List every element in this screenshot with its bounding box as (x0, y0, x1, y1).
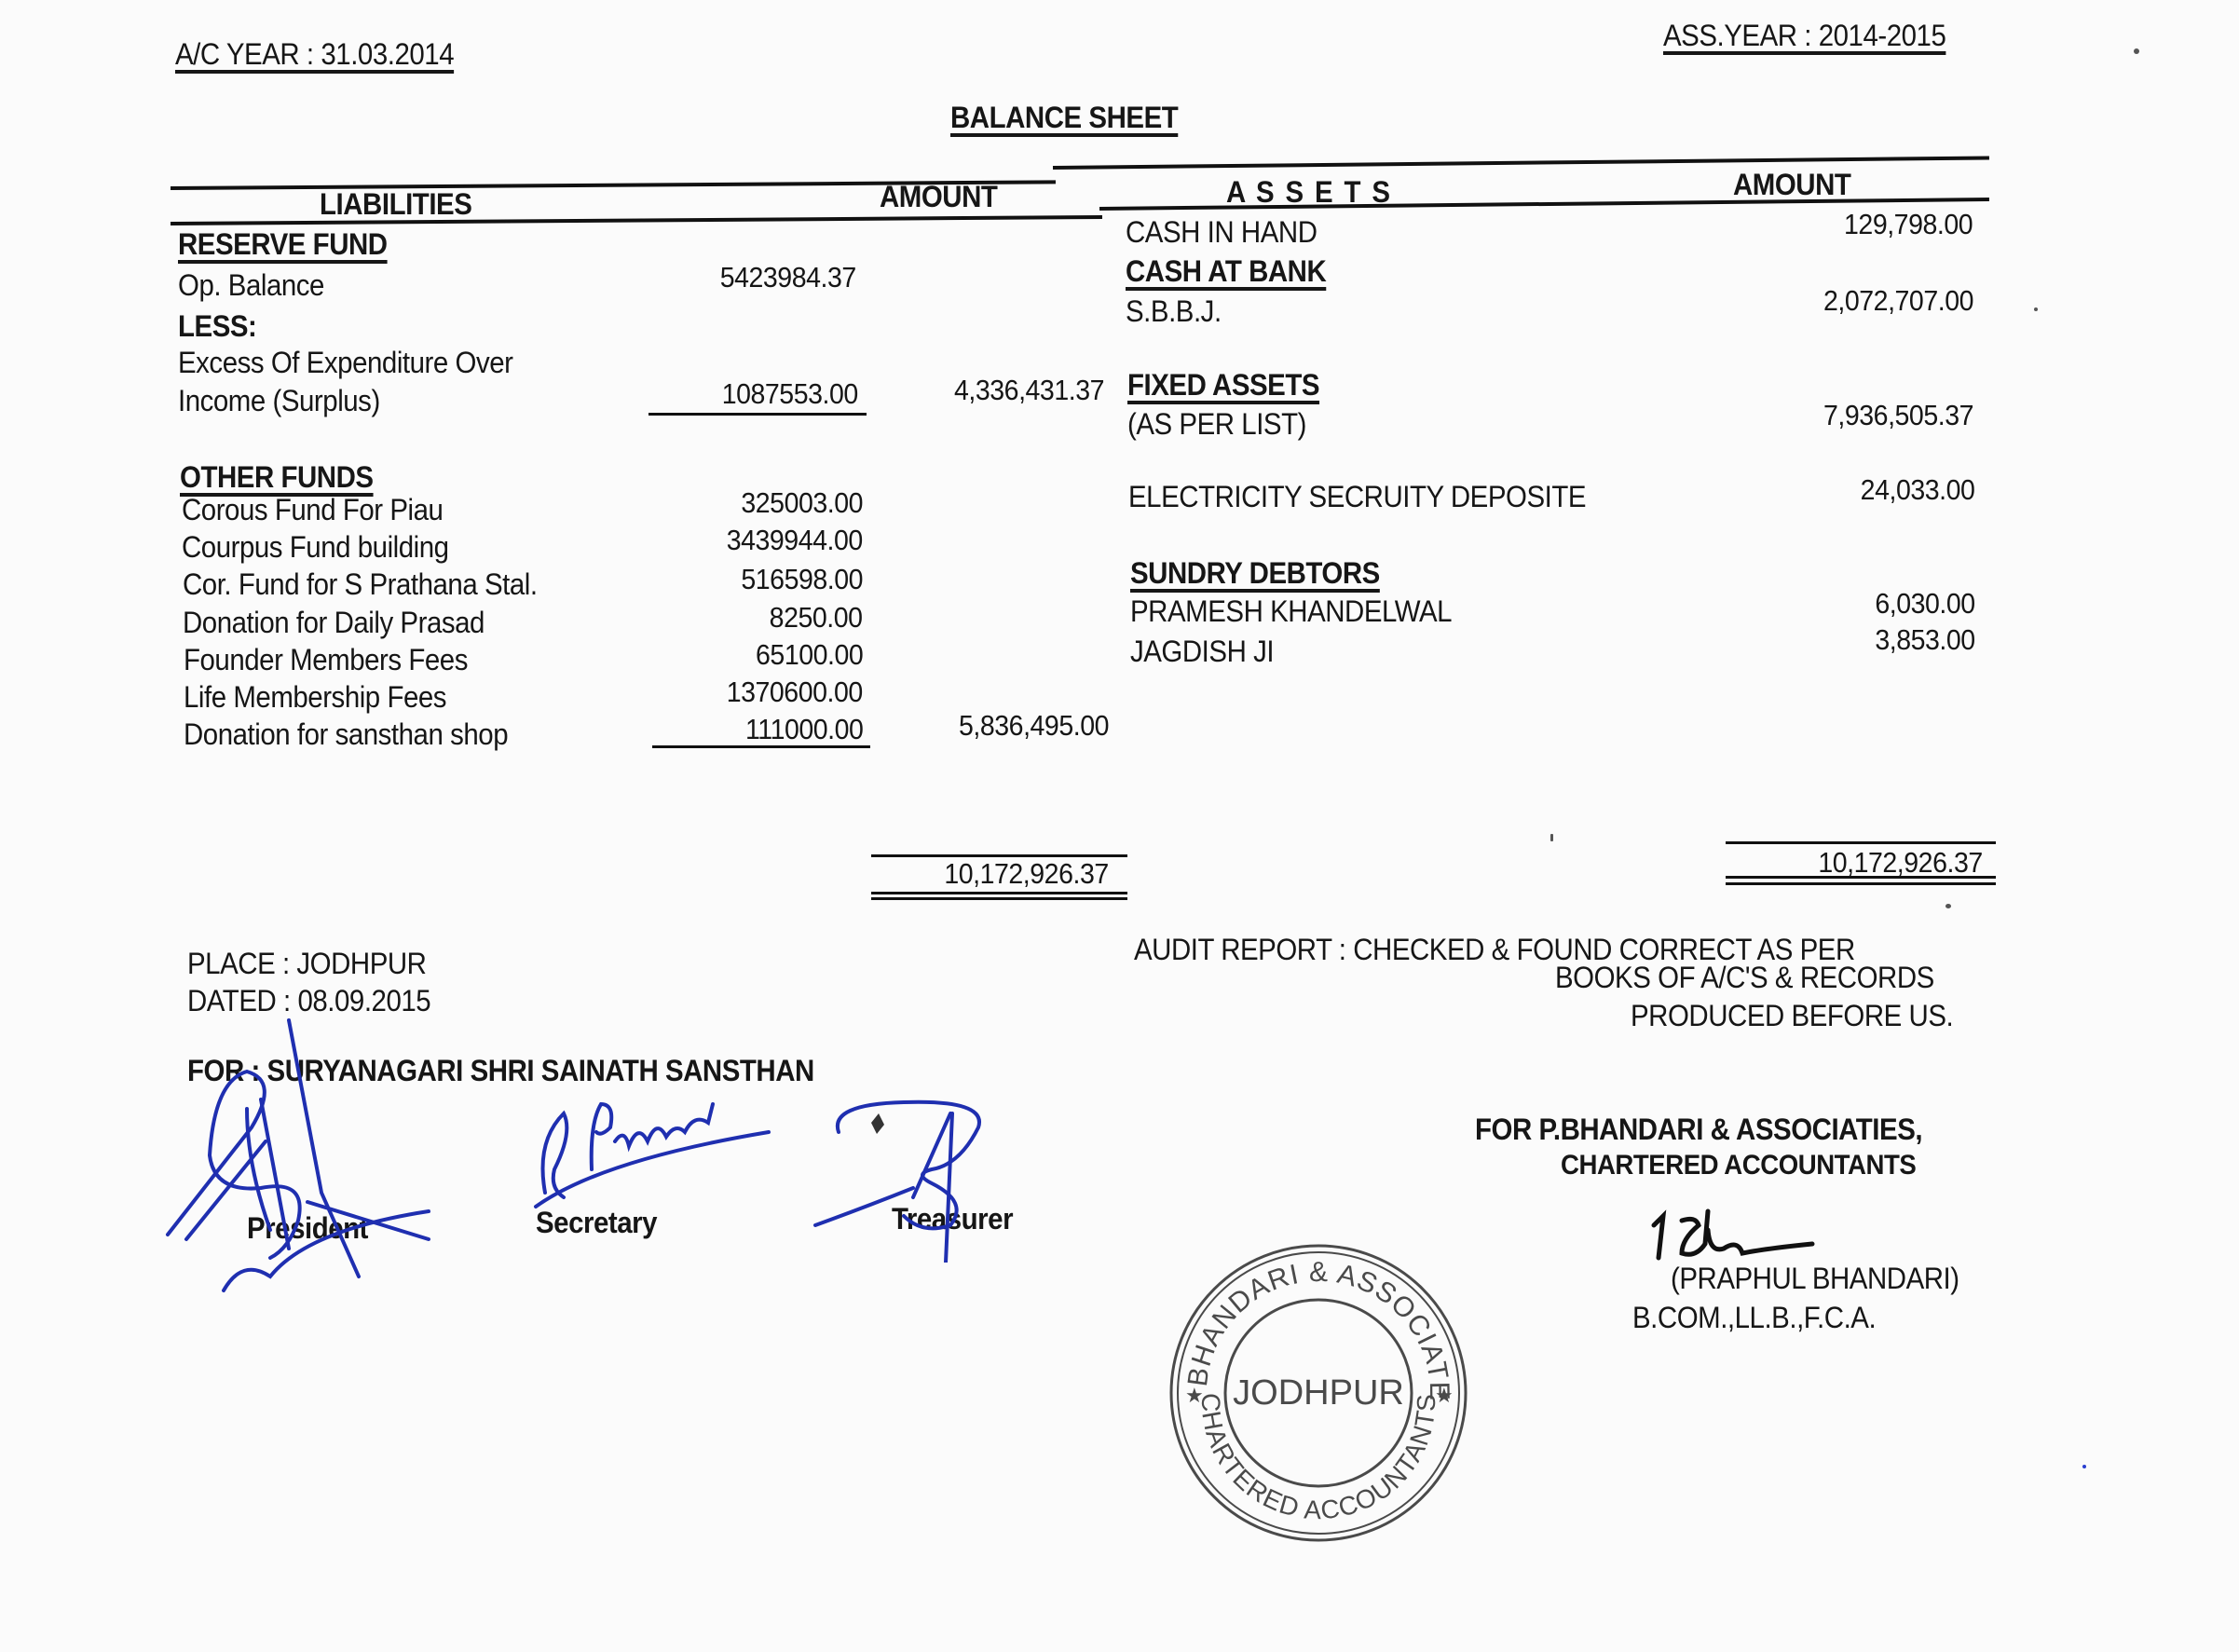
other-fund-label: Life Membership Fees (184, 682, 446, 712)
fixed-assets-heading: FIXED ASSETS (1127, 370, 1319, 400)
excess-label-line2: Income (Surplus) (178, 386, 380, 416)
other-fund-label: Courpus Fund building (182, 532, 449, 562)
other-fund-label: Founder Members Fees (184, 645, 468, 675)
svg-text:★: ★ (1435, 1385, 1454, 1408)
president-signature-icon (158, 997, 457, 1304)
liabilities-grand-total: 10,172,926.37 (945, 859, 1109, 888)
treasurer-signature-icon (811, 1095, 1034, 1263)
other-fund-label: Donation for sansthan shop (184, 719, 508, 749)
reserve-fund-heading: RESERVE FUND (178, 229, 388, 259)
liabilities-total-rule-bottom-1 (871, 892, 1127, 894)
auditor-firm: FOR P.BHANDARI & ASSOCIATIES, (1475, 1114, 1922, 1144)
fixed-assets-label: (AS PER LIST) (1127, 409, 1306, 439)
cash-in-hand-value: 129,798.00 (1844, 210, 1973, 239)
electricity-deposit-label: ELECTRICITY SECRUITY DEPOSITE (1128, 482, 1586, 512)
op-balance-value: 5423984.37 (720, 263, 856, 292)
liabilities-total-rule-bottom-2 (871, 897, 1127, 900)
audit-line-3: PRODUCED BEFORE US. (1631, 1001, 1953, 1031)
assets-total-rule-bottom-2 (1726, 882, 1996, 885)
header-rule-bottom (171, 215, 1102, 225)
cash-at-bank-heading: CASH AT BANK (1126, 256, 1326, 286)
fixed-assets-value: 7,936,505.37 (1823, 401, 1973, 430)
other-fund-label: Donation for Daily Prasad (183, 608, 485, 637)
audit-line-2: BOOKS OF A/C'S & RECORDS (1555, 963, 1934, 992)
other-fund-label: Cor. Fund for S Prathana Stal. (183, 569, 538, 599)
ass-year: ASS.YEAR : 2014-2015 (1663, 20, 1945, 50)
ac-year: A/C YEAR : 31.03.2014 (175, 39, 454, 69)
excess-underline (648, 413, 867, 416)
op-balance-label: Op. Balance (178, 270, 324, 300)
assets-amount-header: AMOUNT (1733, 170, 1850, 199)
reserve-fund-total: 4,336,431.37 (954, 375, 1104, 404)
other-fund-value: 516598.00 (741, 565, 863, 594)
other-fund-value: 111000.00 (745, 715, 863, 744)
other-fund-value: 65100.00 (756, 640, 863, 669)
auditor-signature-icon (1645, 1202, 1831, 1267)
less-label: LESS: (178, 311, 256, 341)
assets-grand-total: 10,172,926.37 (1819, 848, 1983, 877)
other-fund-value: 3439944.00 (727, 526, 863, 554)
other-fund-value: 325003.00 (741, 488, 863, 517)
other-funds-heading: OTHER FUNDS (180, 462, 374, 492)
excess-label-line1: Excess Of Expenditure Over (178, 348, 512, 377)
stamp-center-text: JODHPUR (1233, 1373, 1404, 1413)
assets-total-rule-bottom-1 (1726, 876, 1996, 879)
place: PLACE : JODHPUR (187, 949, 426, 978)
svg-text:★: ★ (1185, 1385, 1204, 1408)
liabilities-amount-header: AMOUNT (880, 182, 997, 212)
liabilities-header: LIABILITIES (320, 189, 471, 219)
sundry-debtors-heading: SUNDRY DEBTORS (1130, 558, 1380, 588)
other-fund-value: 1370600.00 (727, 677, 863, 706)
auditor-role: CHARTERED ACCOUNTANTS (1561, 1152, 1916, 1180)
excess-value: 1087553.00 (722, 379, 858, 408)
other-funds-underline (652, 745, 870, 748)
cash-in-hand-label: CASH IN HAND (1126, 217, 1317, 247)
other-fund-label: Corous Fund For Piau (182, 495, 443, 525)
auditor-qualifications: B.COM.,LL.B.,F.C.A. (1632, 1303, 1876, 1332)
auditor-name: (PRAPHUL BHANDARI) (1671, 1263, 1959, 1293)
bank-label: S.B.B.J. (1126, 296, 1222, 326)
other-funds-total: 5,836,495.00 (959, 711, 1109, 740)
other-fund-value: 8250.00 (770, 603, 863, 632)
debtor-value: 6,030.00 (1876, 589, 1975, 618)
auditor-stamp-icon: P. BHANDARI & ASSOCIATES CHARTERED ACCOU… (1165, 1239, 1472, 1547)
debtor-value: 3,853.00 (1876, 625, 1975, 654)
bank-value: 2,072,707.00 (1823, 286, 1973, 315)
page-title: BALANCE SHEET (950, 102, 1178, 132)
debtor-label: PRAMESH KHANDELWAL (1130, 596, 1452, 626)
assets-header: A S S E T S (1226, 177, 1392, 207)
debtor-label: JAGDISH JI (1130, 636, 1274, 666)
electricity-deposit-value: 24,033.00 (1860, 475, 1974, 504)
secretary-signature-icon (526, 1095, 778, 1216)
assets-total-rule-top (1726, 841, 1996, 844)
